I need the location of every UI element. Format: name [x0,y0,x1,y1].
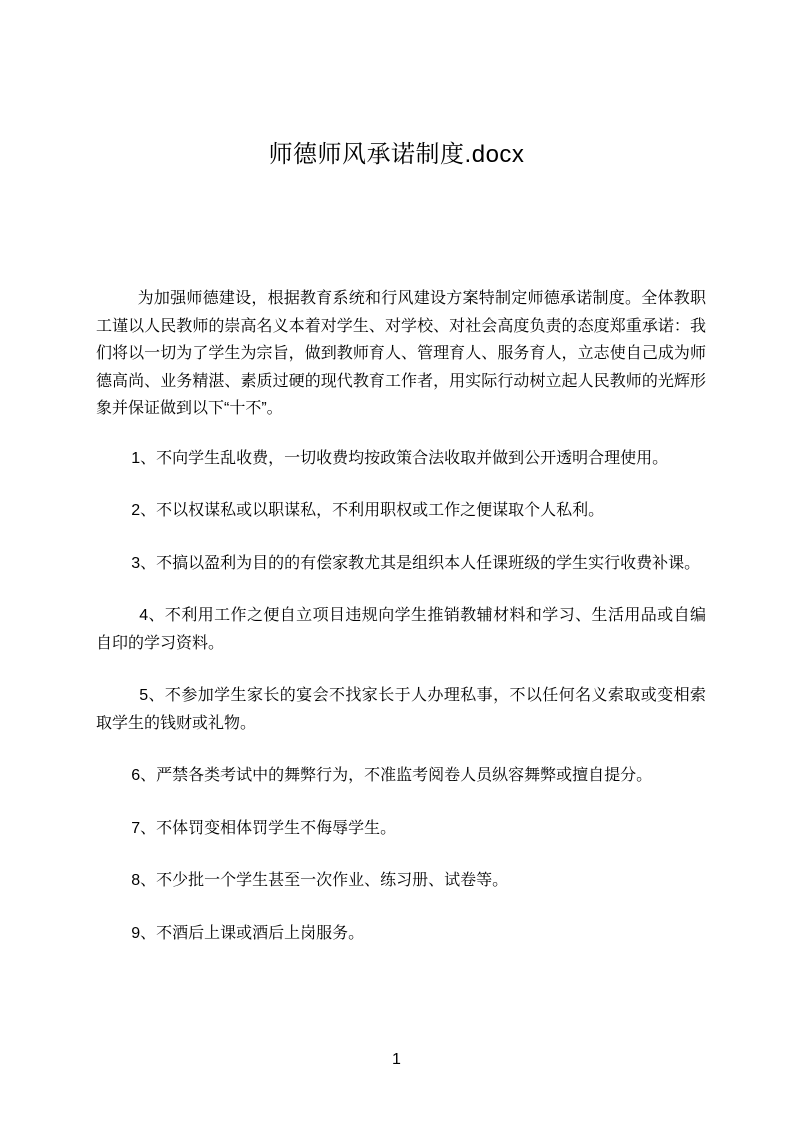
promise-item-3: 3、不搞以盈利为目的的有偿家教尤其是组织本人任课班级的学生实行收费补课。 [96,550,706,578]
promise-item-6: 6、严禁各类考试中的舞弊行为，不准监考阅卷人员纵容舞弊或擅自提分。 [96,762,706,790]
promise-item-9: 9、不酒后上课或酒后上岗服务。 [96,920,706,948]
promise-item-1: 1、不向学生乱收费，一切收费均按政策合法收取并做到公开透明合理使用。 [96,445,706,473]
document-page: 师德师风承诺制度.docx 为加强师德建设，根据教育系统和行风建设方案特制定师德… [0,0,793,1122]
promise-list: 1、不向学生乱收费，一切收费均按政策合法收取并做到公开透明合理使用。 2、不以权… [96,445,706,948]
page-number: 1 [0,1050,793,1070]
document-body: 为加强师德建设，根据教育系统和行风建设方案特制定师德承诺制度。全体教职工谨以人民… [96,285,706,947]
promise-item-5: 5、不参加学生家长的宴会不找家长于人办理私事，不以任何名义索取或变相索取学生的钱… [96,682,706,737]
promise-item-8: 8、不少批一个学生甚至一次作业、练习册、试卷等。 [96,867,706,895]
document-title: 师德师风承诺制度.docx [0,0,793,170]
intro-paragraph: 为加强师德建设，根据教育系统和行风建设方案特制定师德承诺制度。全体教职工谨以人民… [96,285,706,423]
promise-item-7: 7、不体罚变相体罚学生不侮辱学生。 [96,815,706,843]
promise-item-2: 2、不以权谋私或以职谋私，不利用职权或工作之便谋取个人私利。 [96,497,706,525]
promise-item-4: 4、不利用工作之便自立项目违规向学生推销教辅材料和学习、生活用品或自编自印的学习… [96,602,706,657]
